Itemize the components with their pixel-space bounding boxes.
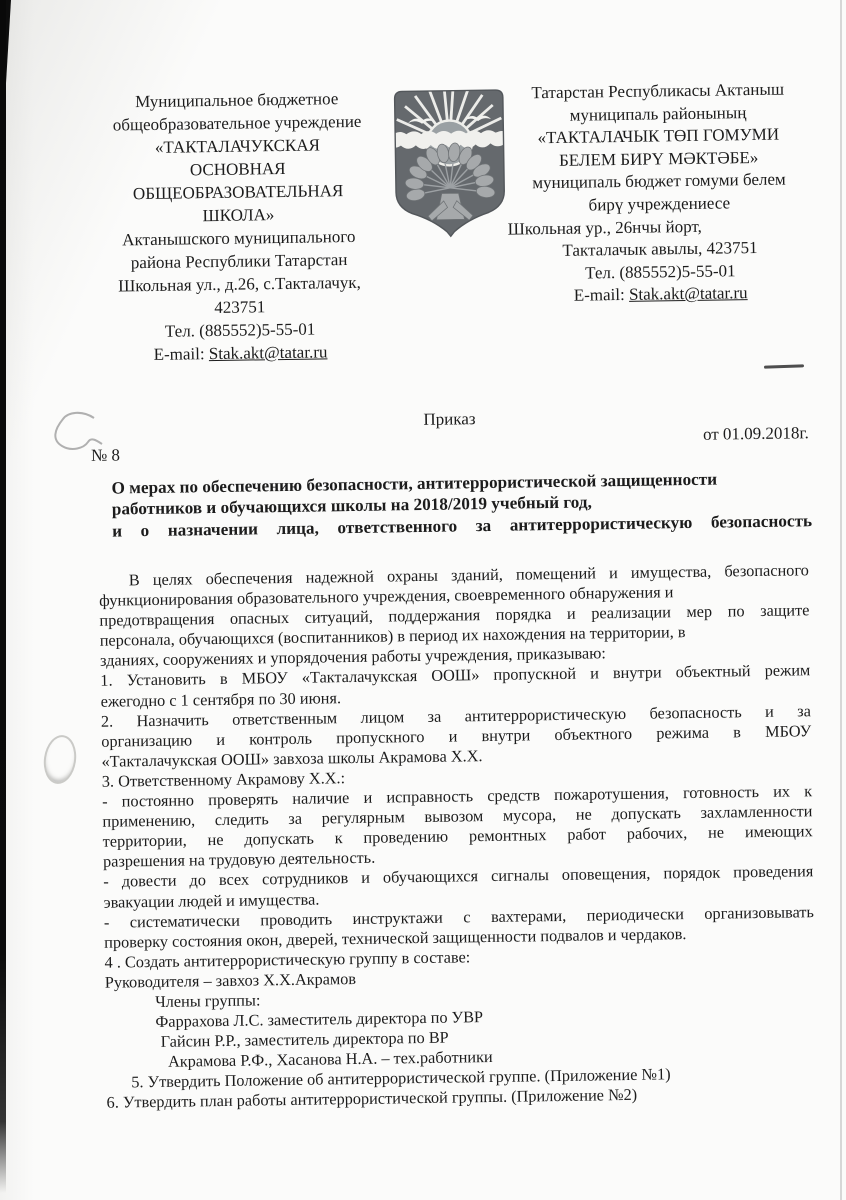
order-body: В целях обеспечения надежной охраны здан… [99, 560, 817, 1113]
order-header: Приказ от 01.09.2018г. № 8 [90, 404, 809, 475]
letterhead-russian: Муниципальное бюджетноеобщеобразовательн… [84, 86, 394, 367]
scan-edge-shadow [0, 0, 6, 1193]
letterhead-line: муниципаль бюджет гомуми белем [507, 169, 811, 196]
letterhead-line: Татарстан Республикасы Актаныш [506, 78, 810, 105]
document-content: Муниципальное бюджетноеобщеобразовательн… [0, 0, 846, 1200]
letterhead-line: E-mail: Stak.akt@tatar.ru [87, 339, 393, 367]
letterhead-line: E-mail: Stak.akt@tatar.ru [509, 281, 813, 308]
coat-of-arms-graphic [393, 83, 507, 245]
scan-edge-line [840, 0, 842, 1200]
email-address: Stak.akt@tatar.ru [629, 283, 748, 304]
scan-squiggle-artifact [36, 410, 106, 458]
letterhead-line: Школьная ул., д.26, с.Такталачук, [86, 270, 392, 298]
letterhead-tatar: Татарстан Республикасы Актанышмуниципаль… [506, 78, 813, 308]
order-subject: О мерах по обеспечению безопасности, ант… [111, 467, 812, 542]
order-date: от 01.09.2018г. [703, 423, 809, 445]
order-title: Приказ [90, 404, 808, 435]
email-address: Stak.akt@tatar.ru [209, 342, 328, 363]
letterhead-line: «ТАКТАЛАЧЫК ТӨП ГОМУМИ [506, 123, 810, 150]
coat-of-arms [393, 83, 507, 245]
letterhead-line: общеобразовательное учреждение [84, 109, 390, 137]
